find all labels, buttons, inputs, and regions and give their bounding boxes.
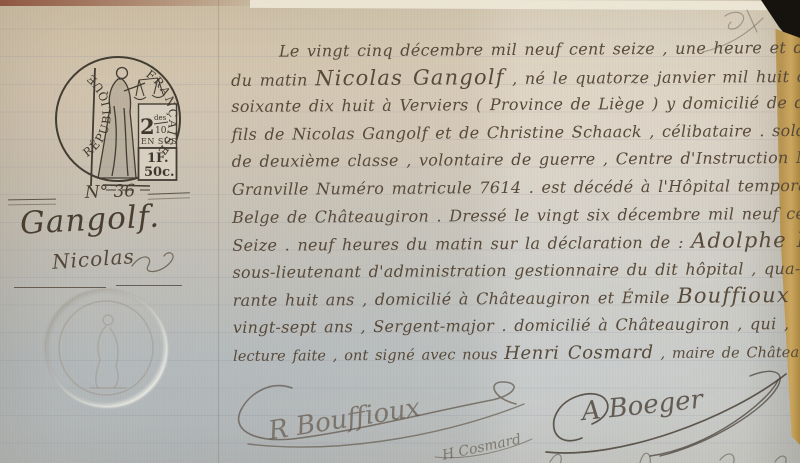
surcharge-label: EN SUS <box>141 137 177 146</box>
margin-separator-left <box>14 287 106 288</box>
margin-rule-line <box>218 0 219 463</box>
act-line: vingt-sept ans , Sergent-major . domicil… <box>233 310 785 341</box>
margin-separator-right <box>116 285 182 286</box>
act-text-segment: Belge de Châteaugiron . Dressé le vingt … <box>232 203 800 226</box>
act-line: fils de Nicolas Gangolf et de Christine … <box>231 117 783 148</box>
embossed-seal-figure <box>46 290 166 406</box>
signature-bouffioux: R Bouffioux <box>239 382 524 447</box>
act-text-segment: vingt-sept ans , Sergent-major . domicil… <box>233 314 790 337</box>
act-text-segment: Seize . neuf heures du matin sur la décl… <box>232 233 691 255</box>
act-line: Belge de Châteaugiron . Dressé le vingt … <box>232 200 784 231</box>
act-emphasized-name: Nicolas Gangolf <box>315 65 505 90</box>
surcharge-sub: 10 <box>155 126 167 136</box>
act-line: rante huit ans , domicilié à Châteaugiro… <box>233 282 785 313</box>
act-emphasized-name: Bouffioux <box>677 283 790 308</box>
act-text-segment: soixante dix huit à Verviers ( Province … <box>231 93 800 116</box>
civil-register-page: RÉPUBLIQUE FRANÇAISE 2 des 10 EN SUS 1F.… <box>0 0 800 463</box>
act-line: Seize . neuf heures du matin sur la décl… <box>232 227 784 258</box>
act-line: de deuxième classe , volontaire de guerr… <box>232 144 784 175</box>
act-line: du matin Nicolas Gangolf , né le quatorz… <box>231 62 783 93</box>
fiscal-stamp: RÉPUBLIQUE FRANÇAISE 2 des 10 EN SUS 1F.… <box>48 46 188 196</box>
act-text-segment: fils de Nicolas Gangolf et de Christine … <box>231 120 800 143</box>
act-line: Le vingt cinq décembre mil neuf cent sei… <box>231 34 783 65</box>
act-text-segment: Le vingt cinq décembre mil neuf cent sei… <box>279 38 800 61</box>
act-text-segment: du matin <box>231 70 315 90</box>
svg-text:A Boeger: A Boeger <box>578 384 706 427</box>
surcharge-big: 2 <box>140 114 155 139</box>
next-act-fragment <box>520 440 800 463</box>
page-top-edge <box>0 0 265 6</box>
act-emphasized-name: Adolphe Boeger <box>691 228 800 253</box>
act-lines: Le vingt cinq décembre mil neuf cent sei… <box>231 34 785 369</box>
stamp-value-centimes: 50c. <box>144 165 175 180</box>
act-line: sous-lieutenant d'administration gestion… <box>232 255 784 286</box>
act-line: Granville Numéro matricule 7614 . est dé… <box>232 172 784 203</box>
stamp-value-francs: 1F. <box>147 151 169 166</box>
margin-paraph-flourish <box>128 244 178 278</box>
act-text-segment: Granville Numéro matricule 7614 . est dé… <box>232 176 800 199</box>
act-line: soixante dix huit à Verviers ( Province … <box>231 89 783 120</box>
margin-firstname: Nicolas <box>51 244 135 274</box>
act-text-segment: de deuxième classe , volontaire de guerr… <box>232 148 800 171</box>
act-text-segment: sous-lieutenant d'administration gestion… <box>232 259 800 282</box>
act-text: Le vingt cinq décembre mil neuf cent sei… <box>231 34 785 369</box>
act-text-segment: , maire de Châteaugiron <box>654 344 800 361</box>
act-text-segment: , né le quatorze janvier mil huit cent <box>505 66 800 87</box>
surcharge-sup: des <box>154 114 167 122</box>
act-text-segment: rante huit ans , domicilié à Châteaugiro… <box>233 288 678 310</box>
signature-cosmard: H Cosmard <box>435 431 532 463</box>
